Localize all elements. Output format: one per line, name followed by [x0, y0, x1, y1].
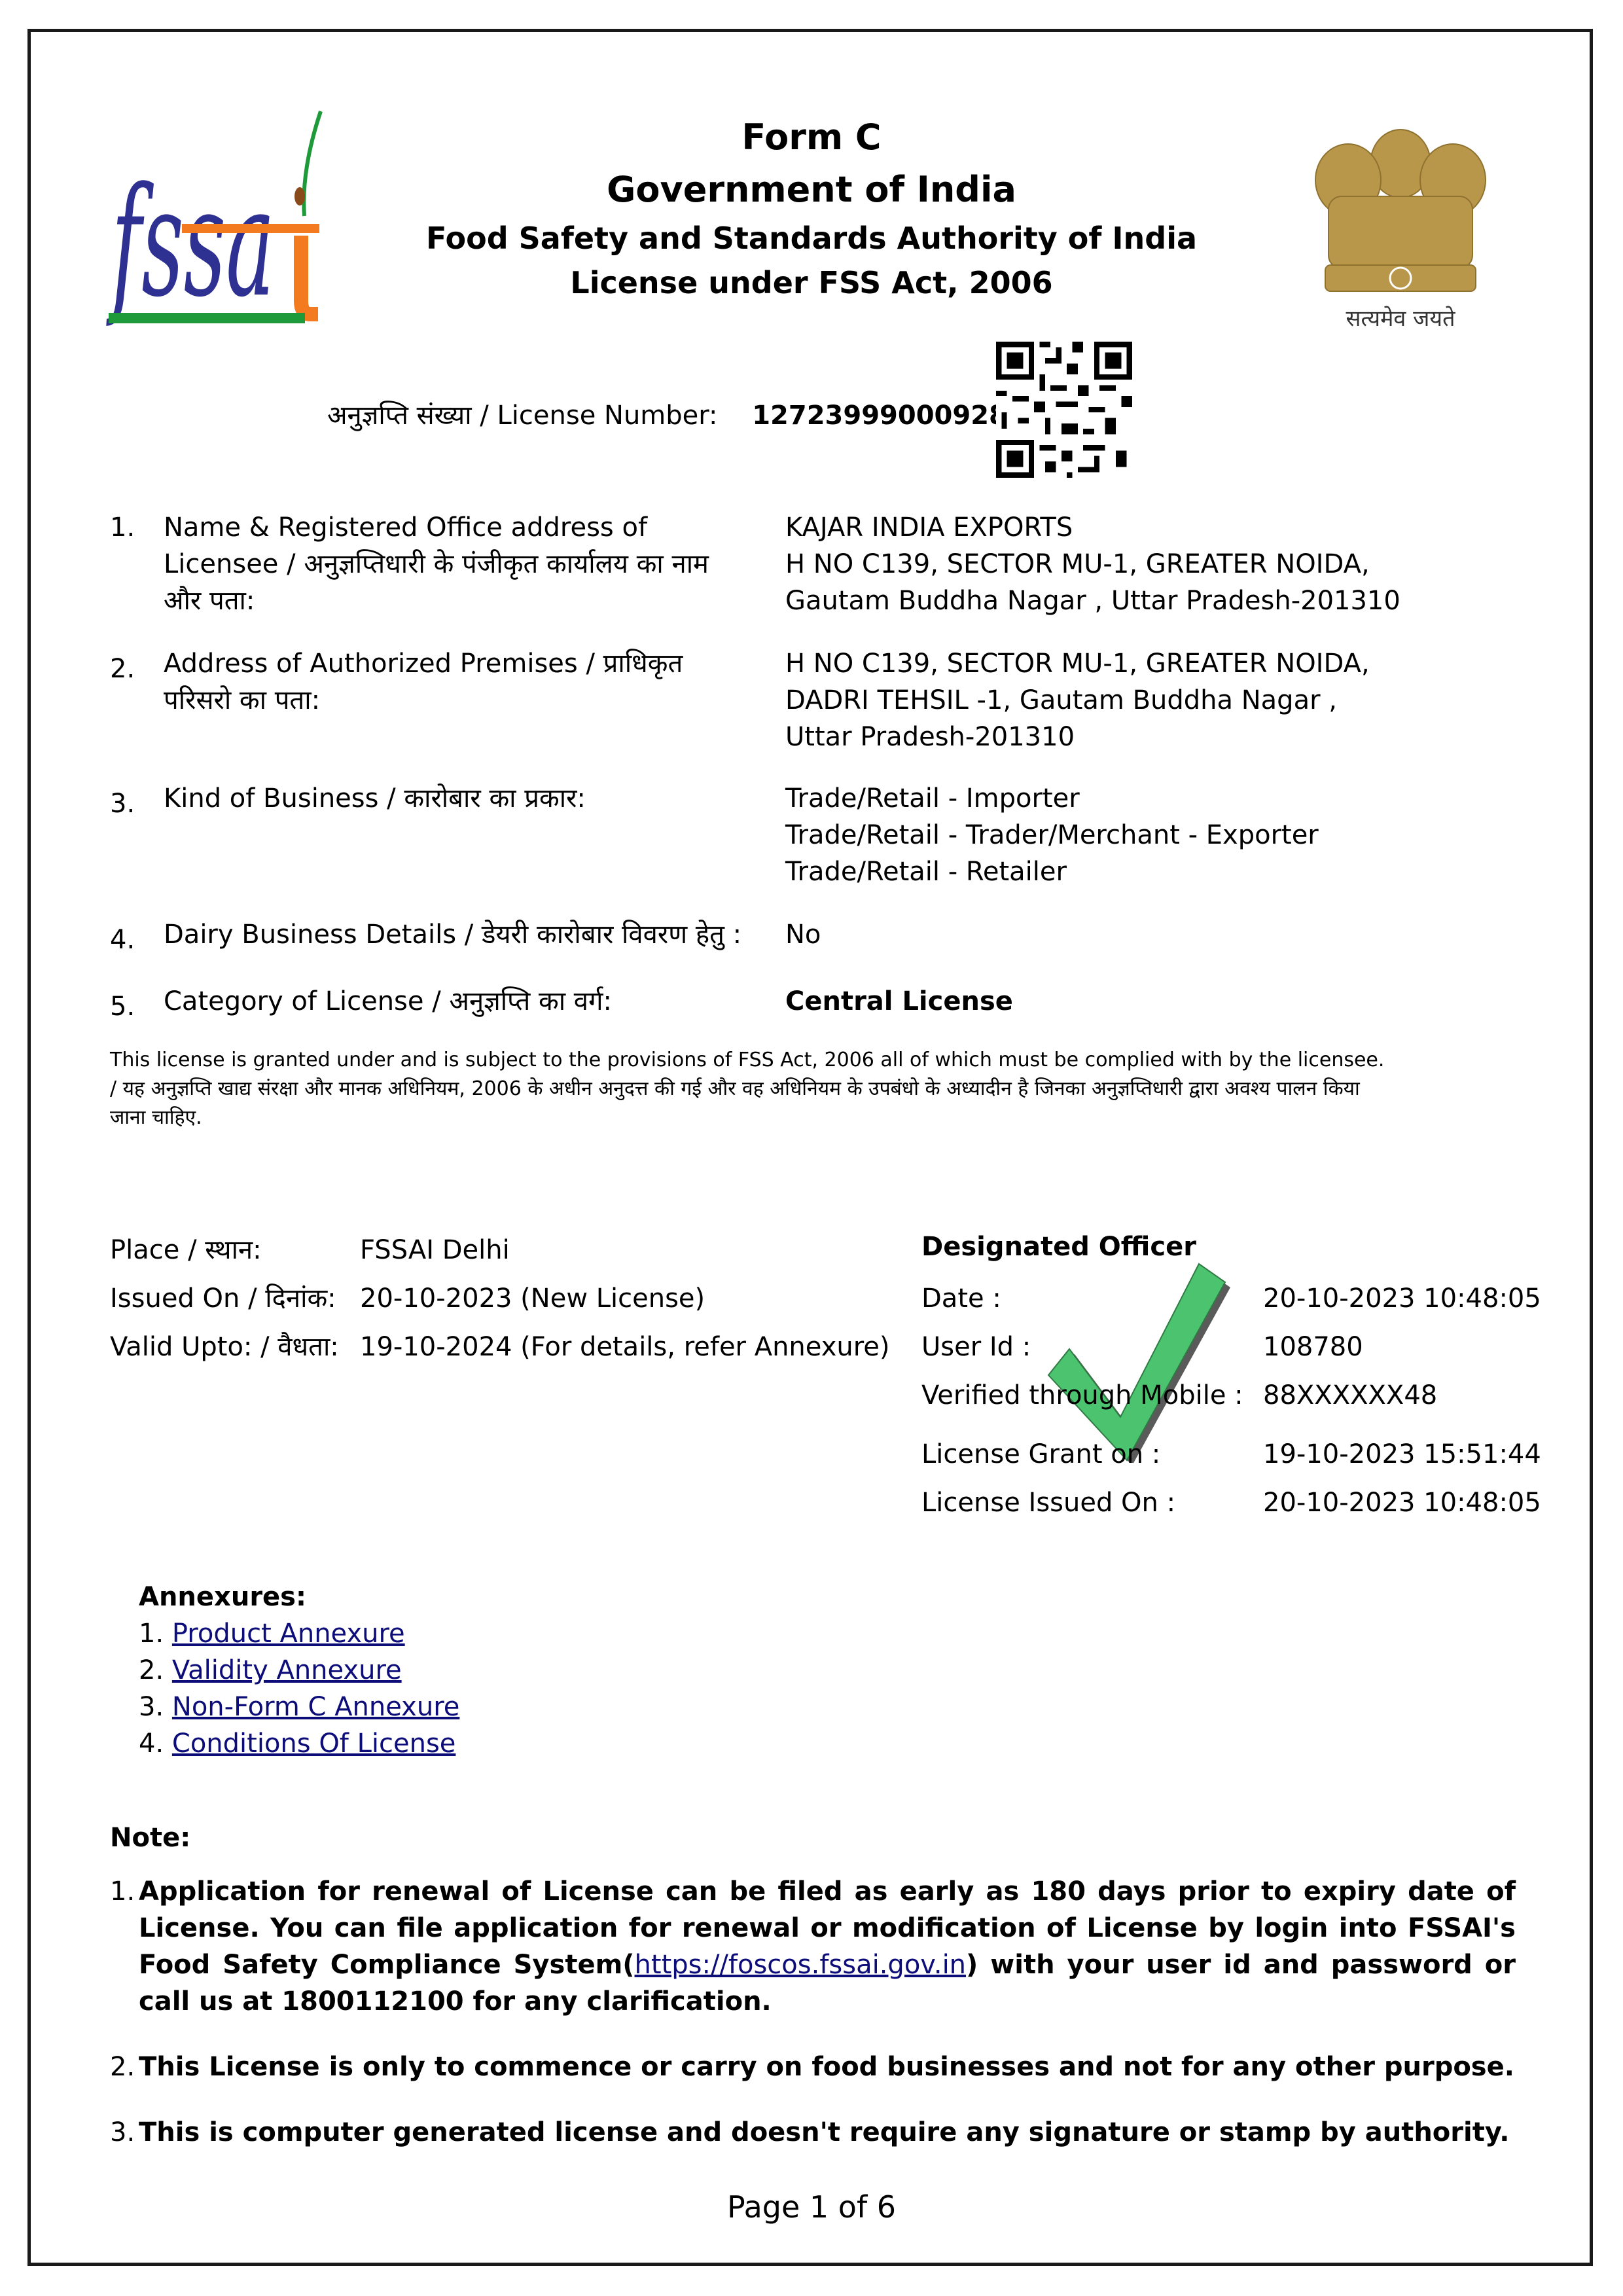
item-dairy-business: 4. Dairy Business Details / डेयरी कारोबा… — [110, 916, 1537, 956]
item-value: KAJAR INDIA EXPORTSH NO C139, SECTOR MU-… — [785, 509, 1518, 619]
document-header: Form C Government of India Food Safety a… — [353, 111, 1270, 305]
form-title: Form C — [353, 111, 1270, 164]
validity-annexure-link[interactable]: Validity Annexure — [172, 1655, 402, 1685]
act-title: License under FSS Act, 2006 — [353, 260, 1270, 305]
item-label: Kind of Business / कारोबार का प्रकार: — [164, 780, 726, 817]
item-authorized-premises: 2. Address of Authorized Premises / प्रा… — [110, 645, 1537, 757]
license-number-value: 12723999000928 — [752, 401, 1007, 431]
license-number-row: अनुज्ञप्ति संख्या / License Number: 1272… — [327, 396, 1007, 432]
item-licensee-name: 1. Name & Registered Office address of L… — [110, 509, 1537, 620]
item-label: Name & Registered Office address of Lice… — [164, 509, 726, 619]
item-kind-of-business: 3. Kind of Business / कारोबार का प्रकार:… — [110, 780, 1537, 891]
fssai-logo: fssa — [105, 105, 327, 327]
item-label: Category of License / अनुज्ञप्ति का वर्ग… — [164, 983, 726, 1020]
item-license-category: 5. Category of License / अनुज्ञप्ति का व… — [110, 983, 1537, 1022]
item-value: Trade/Retail - ImporterTrade/Retail - Tr… — [785, 780, 1518, 890]
non-form-c-annexure-link[interactable]: Non-Form C Annexure — [172, 1692, 459, 1722]
license-number-label: अनुज्ञप्ति संख्या / License Number: — [327, 401, 717, 431]
verified-check-icon — [1041, 1260, 1230, 1463]
government-title: Government of India — [353, 164, 1270, 216]
item-value: No — [785, 916, 1518, 953]
foscos-link[interactable]: https://foscos.fssai.gov.in — [635, 1950, 967, 1980]
designated-officer-title: Designated Officer — [921, 1232, 1196, 1262]
svg-text:fssa: fssa — [106, 156, 275, 327]
note-purpose: 2.This License is only to commence or ca… — [110, 2049, 1516, 2085]
svg-text:सत्यमेव जयते: सत्यमेव जयते — [1346, 306, 1456, 332]
note-renewal: 1.Application for renewal of License can… — [110, 1873, 1516, 2020]
authority-title: Food Safety and Standards Authority of I… — [353, 216, 1270, 260]
note-computer-generated: 3.This is computer generated license and… — [110, 2114, 1516, 2151]
qr-code — [996, 342, 1132, 478]
item-value: H NO C139, SECTOR MU-1, GREATER NOIDA,DA… — [785, 645, 1518, 755]
conditions-of-license-link[interactable]: Conditions Of License — [172, 1729, 456, 1759]
item-value: Central License — [785, 983, 1518, 1020]
license-disclaimer: This license is granted under and is sub… — [110, 1046, 1393, 1132]
product-annexure-link[interactable]: Product Annexure — [172, 1619, 405, 1649]
page-number: Page 1 of 6 — [0, 2189, 1623, 2225]
notes-section: Note: 1.Application for renewal of Licen… — [110, 1820, 1516, 2151]
national-emblem-icon: सत्यमेव जयते — [1289, 118, 1512, 334]
notes-title: Note: — [110, 1820, 1516, 1856]
item-label: Address of Authorized Premises / प्राधिक… — [164, 645, 726, 719]
annexures-list: Annexures: 1. Product Annexure 2. Validi… — [139, 1579, 459, 1762]
annexures-title: Annexures: — [139, 1579, 459, 1615]
item-label: Dairy Business Details / डेयरी कारोबार व… — [164, 916, 753, 953]
